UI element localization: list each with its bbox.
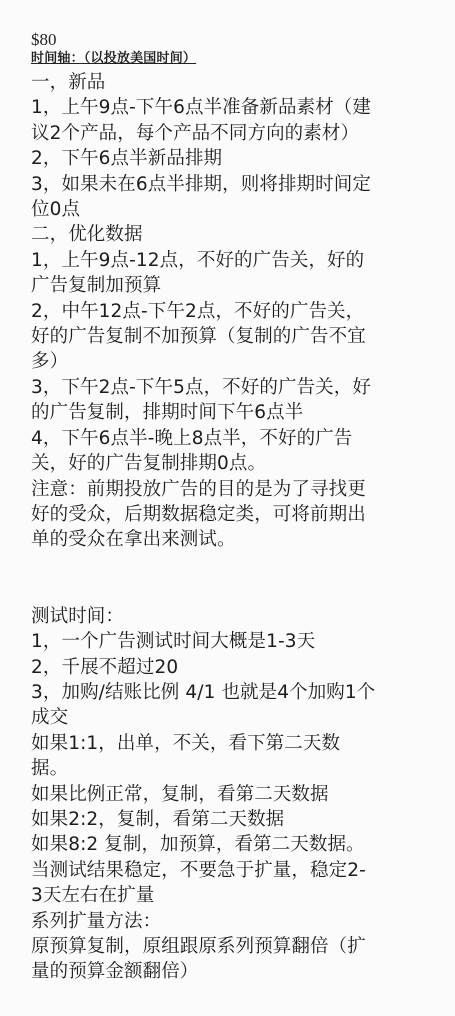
- text-line: 3，如果未在6点半排期，则将排期时间定: [31, 172, 441, 197]
- text-line: 位0点: [31, 197, 441, 222]
- note-line: 单的受众在拿出来测试。: [31, 527, 441, 552]
- text-line: 原预算复制，原组跟原系列预算翻倍（扩: [31, 934, 441, 959]
- text-line: 4，下午6点半-晚上8点半，不好的广告: [31, 426, 441, 451]
- text-line: 当测试结果稳定，不要急于扩量，稳定2-: [31, 858, 441, 883]
- section-test-time: 测试时间： 1，一个广告测试时间大概是1-3天 2，千展不超过20 3，加购/结…: [31, 604, 441, 985]
- section-title: 二，优化数据: [31, 222, 441, 247]
- text-line: 系列扩量方法：: [31, 909, 441, 934]
- document-body: $80 时间轴：（以投放美国时间） 一，新品 1，上午9点-下午6点半准备新品素…: [31, 30, 441, 985]
- text-line: 好的广告复制不加预算（复制的广告不宜: [31, 324, 441, 349]
- price-label: $80: [31, 30, 441, 50]
- text-line: 2，千展不超过20: [31, 655, 441, 680]
- text-line: 的广告复制，排期时间下午6点半: [31, 400, 441, 425]
- text-line: 1，上午9点-12点，不好的广告关，好的: [31, 248, 441, 273]
- text-line: 1，一个广告测试时间大概是1-3天: [31, 629, 441, 654]
- text-line: 1，上午9点-下午6点半准备新品素材（建: [31, 95, 441, 120]
- text-line: 广告复制加预算: [31, 273, 441, 298]
- text-line: 如果2:2，复制，看第二天数据: [31, 807, 441, 832]
- text-line: 3天左右在扩量: [31, 883, 441, 908]
- spacer: [31, 553, 441, 604]
- text-line: 成交: [31, 705, 441, 730]
- text-line: 2，中午12点-下午2点，不好的广告关，: [31, 299, 441, 324]
- text-line: 议2个产品，每个产品不同方向的素材）: [31, 121, 441, 146]
- section-optimize-data: 二，优化数据 1，上午9点-12点，不好的广告关，好的 广告复制加预算 2，中午…: [31, 222, 441, 552]
- text-line: 如果1:1，出单，不关，看下第二天数: [31, 731, 441, 756]
- text-line: 3，下午2点-下午5点，不好的广告关，好: [31, 375, 441, 400]
- text-line: 如果比例正常，复制，看第二天数据: [31, 782, 441, 807]
- section-title: 一，新品: [31, 70, 441, 95]
- text-line: 关，好的广告复制排期0点。: [31, 451, 441, 476]
- section-title: 测试时间：: [31, 604, 441, 629]
- section-new-products: 一，新品 1，上午9点-下午6点半准备新品素材（建 议2个产品，每个产品不同方向…: [31, 70, 441, 222]
- text-line: 量的预算金额翻倍）: [31, 959, 441, 984]
- text-line: 据。: [31, 756, 441, 781]
- text-line: 如果8:2 复制，加预算，看第二天数据。: [31, 832, 441, 857]
- text-line: 3，加购/结账比例 4/1 也就是4个加购1个: [31, 680, 441, 705]
- text-line: 2，下午6点半新品排期: [31, 146, 441, 171]
- note-line: 好的受众，后期数据稳定类，可将前期出: [31, 502, 441, 527]
- text-line: 多）: [31, 349, 441, 374]
- note-line: 注意：前期投放广告的目的是为了寻找更: [31, 477, 441, 502]
- timeline-header: 时间轴：（以投放美国时间）: [31, 50, 441, 70]
